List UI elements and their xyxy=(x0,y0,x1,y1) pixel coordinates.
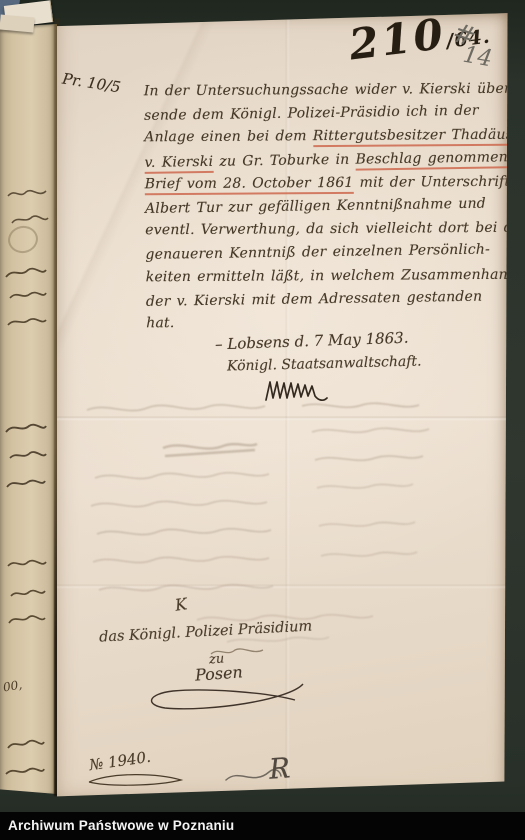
letter-text: genaueren Kenntniß der einzelnen Persönl… xyxy=(145,242,490,263)
archive-caption-text: Archiwum Państwowe w Poznaniu xyxy=(0,812,525,839)
margin-handwriting-fragment: 00, xyxy=(2,678,23,695)
letter-line: genaueren Kenntniß der einzelnen Persönl… xyxy=(145,238,517,267)
margin-handwriting-fragment xyxy=(8,448,48,464)
letter-text: eventl. Verwerthung, da sich vielleicht … xyxy=(145,220,525,239)
margin-handwriting-fragment xyxy=(10,212,50,228)
letter-text: sende dem Königl. Polizei-Präsidio ich i… xyxy=(144,103,479,124)
pencil-page-number: 14 xyxy=(461,42,494,73)
letter-text: hat. xyxy=(146,315,174,331)
archive-caption-bar: Archiwum Państwowe w Poznaniu xyxy=(0,812,525,840)
folded-paper-corner xyxy=(0,15,35,33)
margin-handwriting-fragment xyxy=(4,264,48,282)
margin-handwriting-fragment xyxy=(4,764,46,780)
letter-text: zu Gr. Toburke in xyxy=(213,151,356,169)
registry-initial: K xyxy=(174,594,188,614)
letter-text: Albert Tur zur gefälligen Kenntnißnahme … xyxy=(145,196,486,217)
underline-flourish xyxy=(139,676,311,722)
letter-text: In der Untersuchungssache wider v. Kiers… xyxy=(144,81,516,100)
margin-handwriting-fragment xyxy=(9,586,47,602)
sender-title: Königl. Staatsanwaltschaft. xyxy=(227,353,422,374)
red-underlined-text: Beschlag genommenen xyxy=(355,149,525,171)
file-number-main: 210 xyxy=(347,9,449,69)
journal-number-flourish xyxy=(83,770,187,794)
bleedthrough-writing xyxy=(77,398,489,654)
letter-text: keiten ermitteln läßt, in welchem Zusamm… xyxy=(146,266,525,285)
document-page: Pr. 10/5 210/64. # 14 In der Untersuchun… xyxy=(57,12,508,798)
margin-handwriting-fragment xyxy=(6,556,48,572)
letter-text: der v. Kierski mit dem Adressaten gestan… xyxy=(146,288,482,309)
margin-handwriting-fragment xyxy=(5,476,47,492)
letter-text: mit der Unterschrift xyxy=(353,173,510,190)
clerk-initial: R xyxy=(268,751,291,785)
red-underlined-text: Rittergutsbesitzer Thadäus xyxy=(313,127,513,147)
archival-scan: 00, Pr. 10/5 210/64. # 14 In der Untersu… xyxy=(0,0,525,840)
letter-body: In der Untersuchungssache wider v. Kiers… xyxy=(144,77,519,336)
previous-page-edge: 00, xyxy=(0,24,57,794)
red-underlined-text: v. Kierski xyxy=(144,153,213,173)
margin-handwriting-fragment xyxy=(4,420,48,438)
margin-handwriting-fragment xyxy=(6,186,48,202)
letter-text: Anlage einen bei dem xyxy=(144,129,313,146)
margin-handwriting-fragment xyxy=(8,288,48,304)
margin-handwriting-fragment xyxy=(6,736,46,754)
margin-handwriting-fragment xyxy=(6,314,48,330)
embossed-seal-ring xyxy=(6,223,41,256)
praesentatum-note: Pr. 10/5 xyxy=(61,70,122,97)
red-underlined-text: Brief vom 28. October 1861 xyxy=(145,175,354,195)
margin-handwriting-fragment xyxy=(7,612,47,628)
